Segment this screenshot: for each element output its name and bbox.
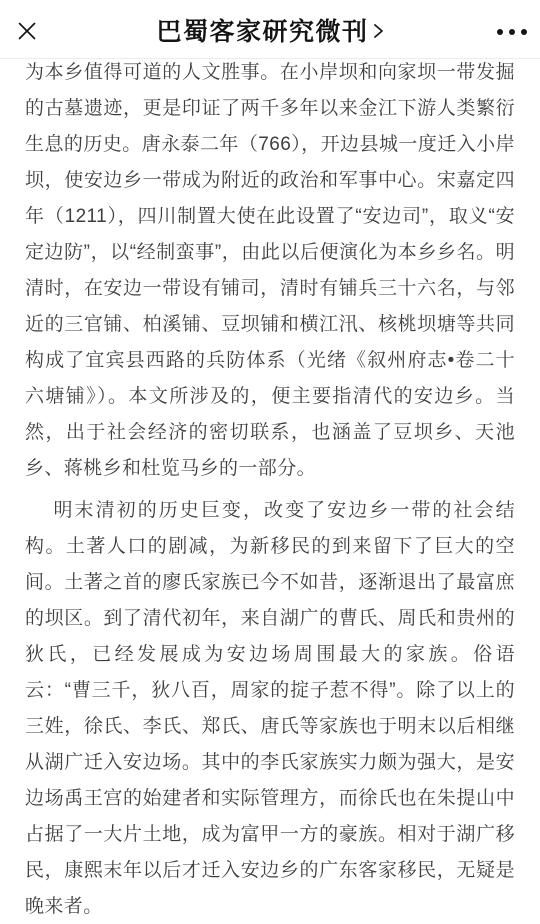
- more-menu-button[interactable]: [497, 27, 527, 37]
- wechat-article-screen: 巴蜀客家研究微刊 为本乡值得可道的人文胜事。在小岸坝和向家坝一带发掘的古墓遗迹，…: [0, 0, 540, 924]
- page-title: 巴蜀客家研究微刊: [156, 12, 368, 48]
- account-title[interactable]: 巴蜀客家研究微刊: [60, 0, 480, 59]
- header: 巴蜀客家研究微刊: [0, 0, 540, 59]
- article-paragraph: 为本乡值得可道的人文胜事。在小岸坝和向家坝一带发掘的古墓遗迹，更是印证了两千多年…: [25, 55, 515, 487]
- article-paragraph: 明末清初的历史巨变，改变了安边乡一带的社会结构。土著人口的剧减，为新移民的到来留…: [25, 493, 515, 924]
- close-icon: [18, 22, 36, 40]
- chevron-right-icon: [372, 21, 384, 41]
- more-icon: [521, 29, 527, 35]
- close-button[interactable]: [16, 20, 38, 42]
- more-icon: [509, 29, 515, 35]
- article-body[interactable]: 为本乡值得可道的人文胜事。在小岸坝和向家坝一带发掘的古墓遗迹，更是印证了两千多年…: [0, 55, 540, 924]
- more-icon: [497, 29, 503, 35]
